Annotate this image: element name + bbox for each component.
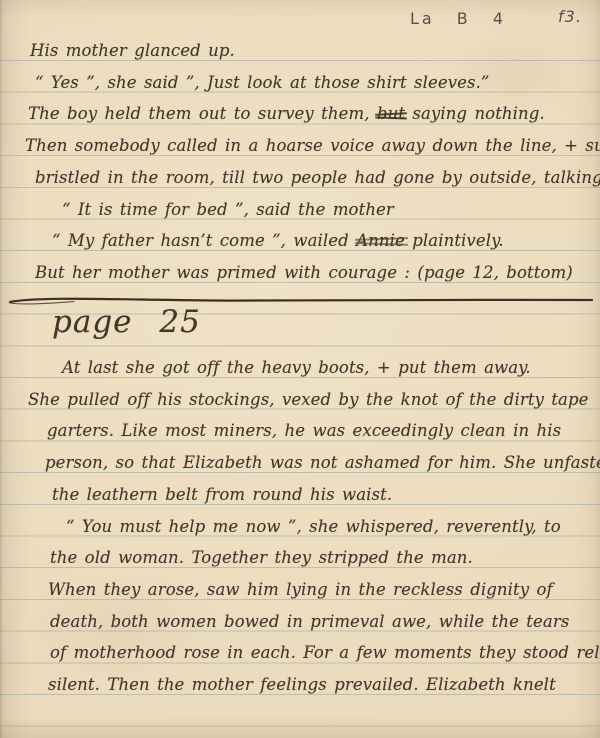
manuscript-line: the old woman. Together they stripped th… bbox=[50, 547, 473, 573]
manuscript-text: garters. Like most miners, he was exceed… bbox=[47, 421, 561, 440]
manuscript-text: of motherhood rose in each. For a few mo… bbox=[50, 643, 600, 662]
manuscript-line: But her mother was primed with courage :… bbox=[35, 262, 573, 288]
manuscript-line: At last she got off the heavy boots, + p… bbox=[62, 357, 531, 383]
manuscript-line: Then somebody called in a hoarse voice a… bbox=[25, 135, 600, 161]
manuscript-text: saying nothing. bbox=[405, 104, 545, 123]
crossed-out-word: Annie bbox=[356, 230, 405, 252]
manuscript-line: death, both women bowed in primeval awe,… bbox=[50, 611, 569, 637]
manuscript-line: garters. Like most miners, he was exceed… bbox=[47, 420, 561, 446]
manuscript-text: “ Yes ”, she said ”, Just look at those … bbox=[35, 73, 489, 92]
manuscript-scan-page: La B 4 f3. His mother glanced up.“ Yes ”… bbox=[0, 0, 600, 738]
manuscript-text: His mother glanced up. bbox=[30, 41, 235, 60]
manuscript-text: person, so that Elizabeth was not ashame… bbox=[45, 453, 600, 472]
manuscript-text: She pulled off his stockings, vexed by t… bbox=[28, 390, 589, 409]
manuscript-line: His mother glanced up. bbox=[30, 40, 235, 66]
manuscript-line: When they arose, saw him lying in the re… bbox=[48, 579, 553, 605]
manuscript-text: plaintively. bbox=[405, 231, 504, 250]
manuscript-line: “ It is time for bed ”, said the mother bbox=[62, 199, 394, 225]
manuscript-text: “ You must help me now ”, she whispered,… bbox=[66, 517, 561, 536]
manuscript-text: “ My father hasn’t come ”, wailed bbox=[52, 231, 356, 250]
manuscript-line: silent. Then the mother feelings prevail… bbox=[48, 674, 556, 700]
manuscript-text: death, both women bowed in primeval awe,… bbox=[50, 612, 569, 631]
manuscript-line: of motherhood rose in each. For a few mo… bbox=[50, 642, 600, 668]
handwriting-layer: His mother glanced up.“ Yes ”, she said … bbox=[0, 0, 600, 738]
manuscript-text: But her mother was primed with courage :… bbox=[35, 263, 573, 282]
manuscript-text: At last she got off the heavy boots, + p… bbox=[62, 358, 531, 377]
manuscript-text: the old woman. Together they stripped th… bbox=[50, 548, 473, 567]
manuscript-text: When they arose, saw him lying in the re… bbox=[48, 580, 553, 599]
manuscript-line: person, so that Elizabeth was not ashame… bbox=[45, 452, 600, 478]
manuscript-line: “ Yes ”, she said ”, Just look at those … bbox=[35, 72, 489, 98]
manuscript-text: bristled in the room, till two people ha… bbox=[35, 168, 600, 187]
manuscript-text: silent. Then the mother feelings prevail… bbox=[48, 675, 556, 694]
manuscript-line: The boy held them out to survey them, bu… bbox=[28, 103, 545, 129]
page-heading: page 25 bbox=[52, 304, 201, 340]
manuscript-line: the leathern belt from round his waist. bbox=[52, 484, 392, 510]
manuscript-text: “ It is time for bed ”, said the mother bbox=[62, 200, 394, 219]
manuscript-text: The boy held them out to survey them, bbox=[28, 104, 377, 123]
manuscript-line: She pulled off his stockings, vexed by t… bbox=[28, 389, 589, 415]
crossed-out-word: but bbox=[377, 103, 405, 125]
manuscript-line: “ My father hasn’t come ”, wailed Annie … bbox=[52, 230, 504, 256]
manuscript-line: “ You must help me now ”, she whispered,… bbox=[66, 516, 561, 542]
manuscript-text: Then somebody called in a hoarse voice a… bbox=[25, 136, 600, 155]
manuscript-text: the leathern belt from round his waist. bbox=[52, 485, 392, 504]
manuscript-line: bristled in the room, till two people ha… bbox=[35, 167, 600, 193]
